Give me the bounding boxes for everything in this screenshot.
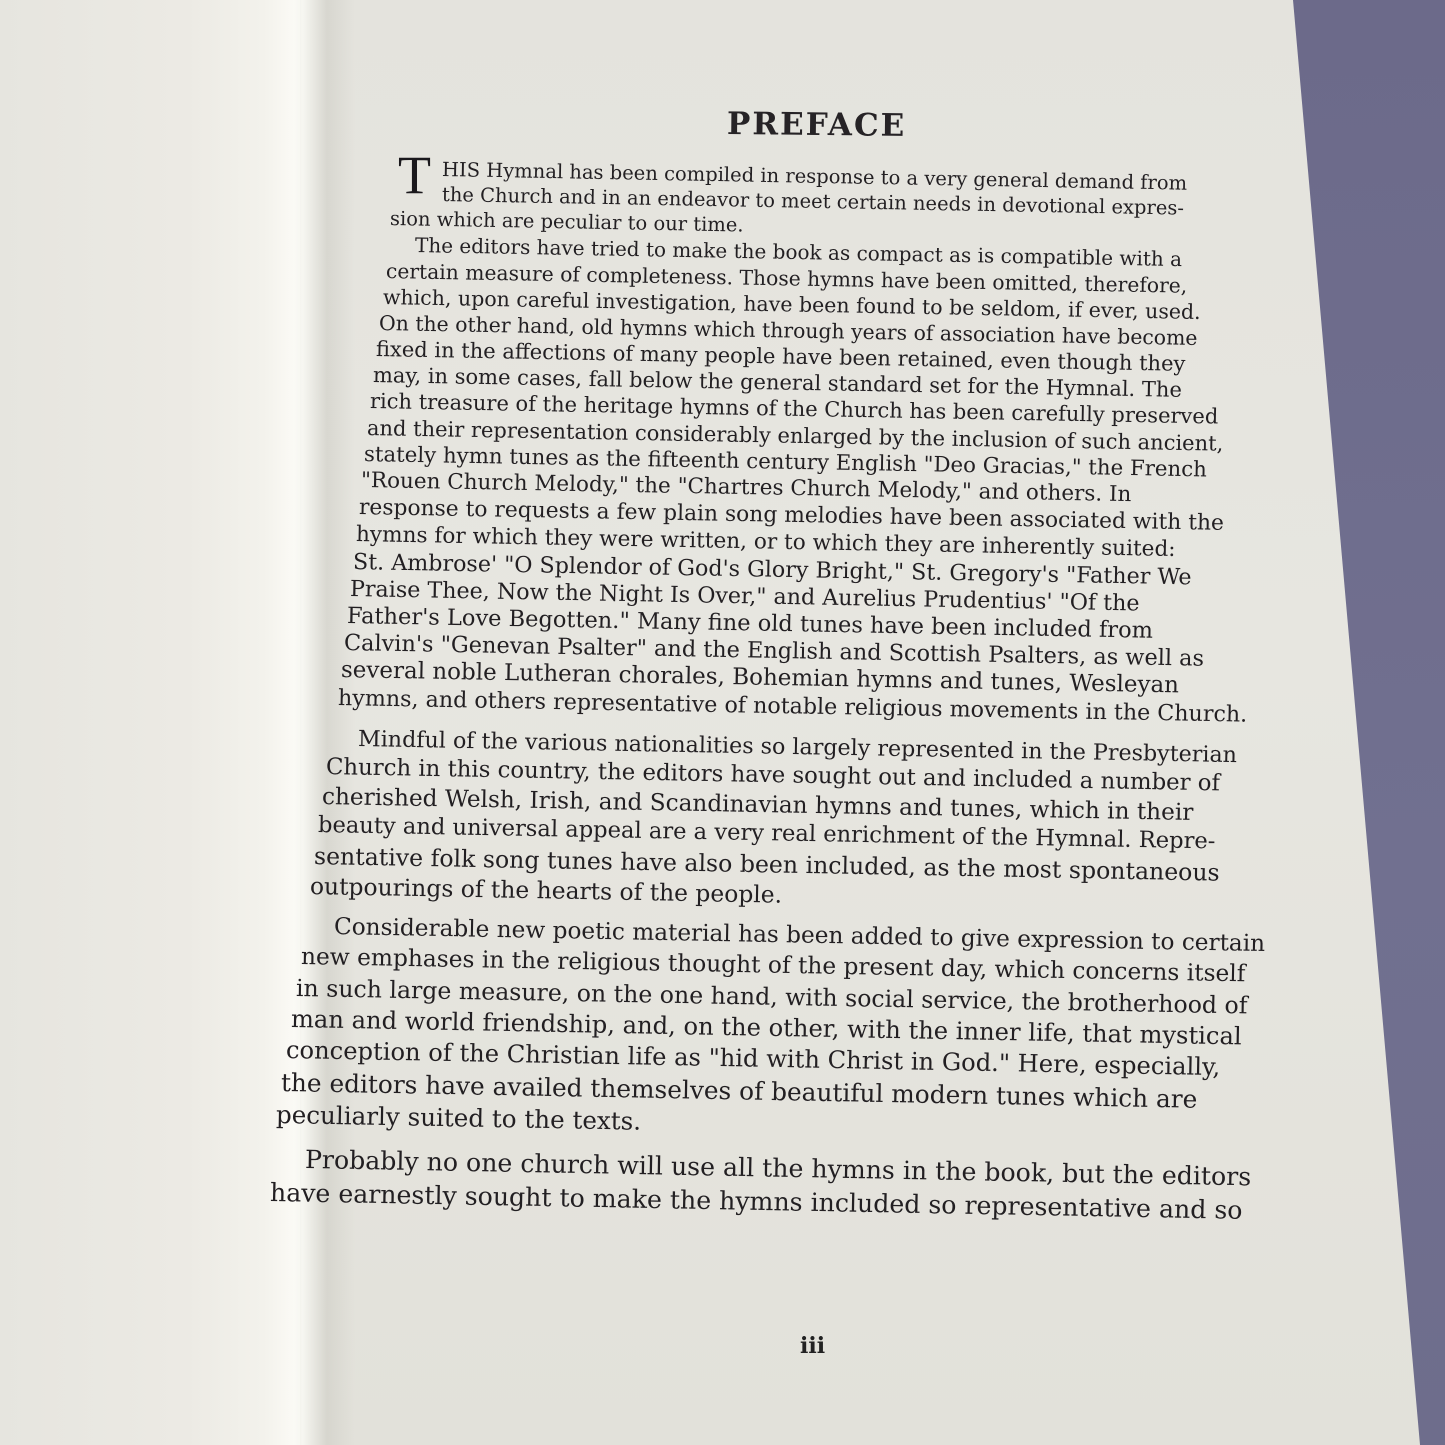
page-title: PREFACE [727, 106, 907, 144]
text-line: outpourings of the hearts of the people. [310, 872, 783, 909]
book-photo: PREFACE T HIS Hymnal has been compiled i… [0, 0, 1445, 1445]
page-number: iii [800, 1333, 825, 1359]
text-line: peculiarly suited to the texts. [276, 1100, 642, 1136]
drop-cap: T [398, 148, 431, 202]
preface-text: PREFACE T HIS Hymnal has been compiled i… [0, 0, 1445, 1445]
text-line: sion which are peculiar to our time. [390, 207, 744, 236]
